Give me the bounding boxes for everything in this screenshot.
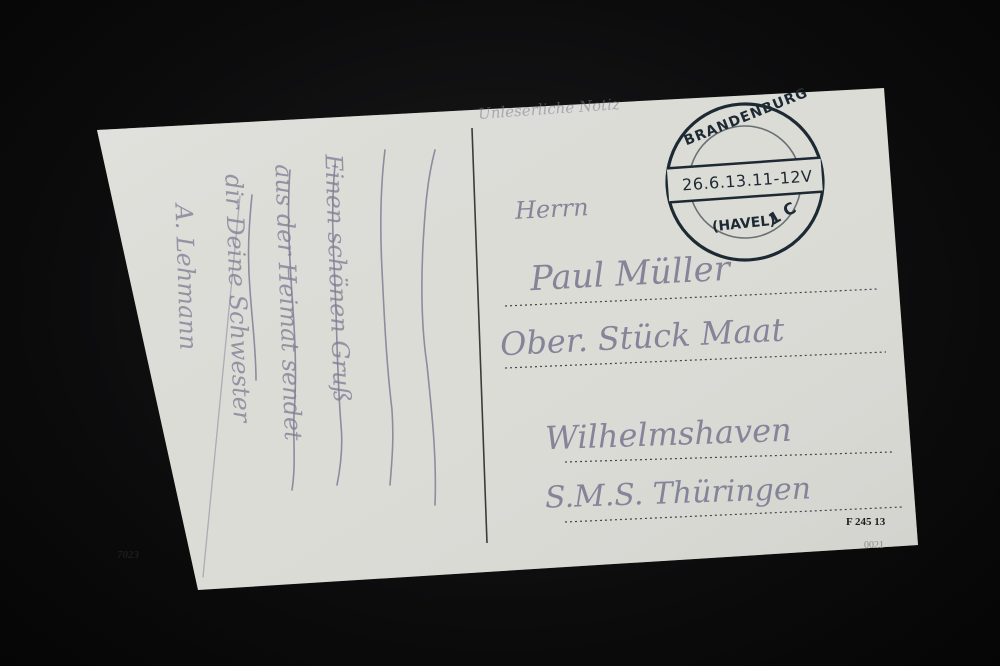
postcard: BRANDENBURG 26.6.13.11-12V (HAVEL) 1 C 7…	[0, 0, 1000, 666]
printed-card-number: 7023	[117, 549, 139, 561]
address-salutation: Herrn	[514, 193, 589, 225]
printed-publisher-code: F 245 13	[846, 516, 885, 528]
stamped-number: 0021	[864, 540, 884, 551]
